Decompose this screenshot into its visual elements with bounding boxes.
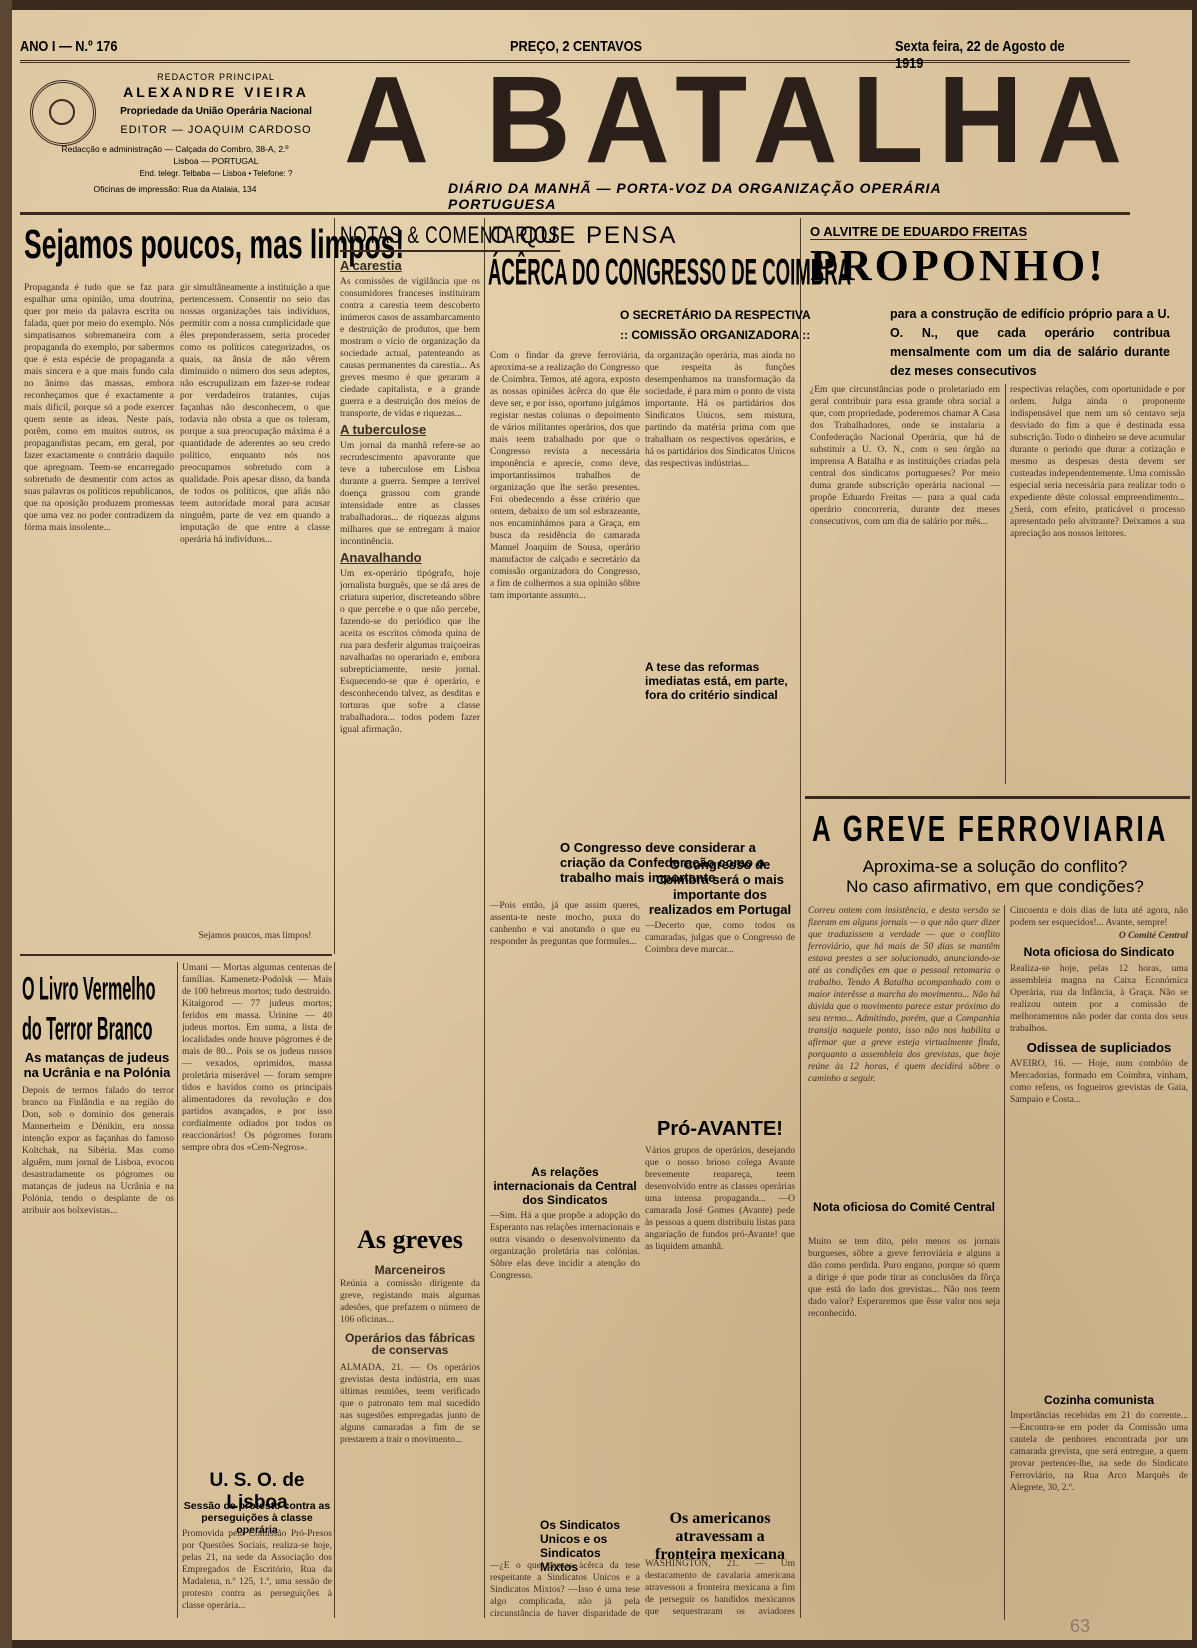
- page-number: 63: [1070, 1616, 1090, 1637]
- text-marceneiros: Reúnia a comissão dirigente da greve, re…: [340, 1279, 480, 1325]
- subhead-relacoes: As relações internacionais da Central do…: [490, 1165, 640, 1207]
- headline-as-greves: As greves: [340, 1225, 480, 1255]
- headline-sejamos: Sejamos poucos, mas limpos!: [24, 222, 266, 269]
- headline-pro-avante: Pró-AVANTE!: [645, 1118, 795, 1141]
- uon-seal-icon: [30, 80, 96, 146]
- column-divider: [177, 962, 178, 1618]
- column-divider: [800, 218, 801, 1618]
- deck-matancas: As matanças de judeus na Ucrânia e na Po…: [22, 1050, 172, 1080]
- article-sejamos-col2: gir simultâneamente a instituição a que …: [180, 282, 330, 922]
- redactor-name: ALEXANDRE VIEIRA: [112, 84, 320, 100]
- text-conservas: ALMADA, 21. — Os operários grevistas des…: [340, 1363, 480, 1445]
- masthead-rule: [20, 212, 1130, 215]
- section-rule: [20, 954, 332, 956]
- text-sindicatos: —¿E o que pensas àcêrca da tese respeita…: [490, 1560, 640, 1620]
- article-sejamos-closing: Sejamos poucos, mas limpos!: [180, 930, 330, 942]
- issue-number: ANO I — N.º 176: [20, 38, 117, 55]
- editor: EDITOR — JOAQUIM CARDOSO: [112, 124, 320, 136]
- text-uso: Promovida pela Comissão Pró-Presos por Q…: [182, 1528, 332, 1620]
- deck-greve-2: No caso afirmativo, em que condições?: [805, 877, 1185, 897]
- text-confederacao: —Pois então, já que assim queres, assent…: [490, 900, 640, 1110]
- text-sindicato: Realiza-se hoje, pelas 12 horas, uma ass…: [1010, 963, 1188, 1033]
- subhead-conservas: Operários das fábricas de conservas: [340, 1332, 480, 1356]
- column-divider: [1004, 905, 1005, 1620]
- oquepensa-col1: Com o findar da greve ferroviária, aprox…: [490, 350, 640, 810]
- masthead-info: REDACTOR PRINCIPAL ALEXANDRE VIEIRA Prop…: [20, 72, 320, 207]
- text-relacoes: —Sim. Há a que propõe a adopção do Esper…: [490, 1210, 640, 1490]
- newspaper-subtitle: DIÁRIO DA MANHÃ — PORTA-VOZ DA ORGANIZAÇ…: [448, 180, 1008, 212]
- headline-livro-vermelho: O Livro Vermelho do Terror Branco: [22, 968, 171, 1048]
- subhead-marceneiros: Marceneiros: [340, 1264, 480, 1276]
- text-americanos: WASHINGTON, 21. — Um destacamento de cav…: [645, 1558, 795, 1618]
- binding-edge: [0, 0, 12, 1648]
- asgreves-column: Marceneiros Reúnia a comissão dirigente …: [340, 1262, 480, 1622]
- subhead-cozinha: Cozinha comunista: [1010, 1393, 1188, 1407]
- proponho-col1: ¿Em que circunstâncias pode o proletaria…: [810, 384, 1000, 784]
- deck-comissao: :: COMISSÃO ORGANIZADORA ::: [620, 328, 810, 342]
- section-rule: [805, 796, 1190, 799]
- column-divider: [334, 218, 335, 954]
- livro-col1: Depois de termos falado do terror branco…: [22, 1085, 174, 1620]
- kicker-proponho: O ALVITRE DE EDUARDO FREITAS: [810, 224, 1027, 240]
- subhead-sindicato: Nota oficiosa do Sindicato: [1010, 945, 1188, 959]
- subhead-tuberculose: A tuberculose: [340, 424, 480, 436]
- signature-comite: O Comité Central: [1010, 930, 1188, 942]
- proponho-col2: respectivas relações, com oportunidade e…: [1010, 384, 1185, 784]
- subhead-comite: Nota oficiosa do Comité Central: [808, 1200, 1000, 1214]
- subhead-carestia: A carestia: [340, 260, 480, 272]
- column-divider: [334, 962, 335, 1618]
- headline-greve: A GREVE FERROVIARIA: [812, 808, 1168, 850]
- subhead-reformas: A tese das reformas imediatas está, em p…: [645, 660, 795, 702]
- text-comite: Muito se tem dito, pelo menos os jornais…: [808, 1236, 1000, 1621]
- address: Redacção e administração — Calçada do Co…: [30, 144, 320, 154]
- livro-col2: Umani — Mortas algumas centenas de famíl…: [182, 962, 332, 1467]
- headline-proponho: PROPONHO!: [810, 240, 1106, 291]
- subhead-congresso-importante: O Congresso de Coimbra será o mais impor…: [645, 857, 795, 917]
- text-anavalhando: Um ex-operário tipógrafo, hoje jornalist…: [340, 569, 480, 735]
- headline-congresso: ÁCÊRCA DO CONGRESSO DE COIMBRA: [488, 252, 851, 295]
- headline-americanos: Os americanos atravessam a fronteira mex…: [645, 1510, 795, 1564]
- redactor-label: REDACTOR PRINCIPAL: [112, 72, 320, 82]
- greve-intro: Cincoenta e dois dias de luta até agora,…: [1010, 905, 1188, 929]
- telegraph: End. telegr. Telbaba — Lisboa • Telefone…: [112, 169, 320, 178]
- deck-proponho: para a construção de edifício próprio pa…: [890, 305, 1170, 381]
- subhead-odissea: Odissea de supliciados: [1010, 1040, 1188, 1055]
- city: Lisboa — PORTUGAL: [112, 156, 320, 166]
- printing-address: Oficinas de impressão: Rua da Atalaia, 1…: [30, 184, 320, 194]
- column-divider: [484, 218, 485, 1618]
- text-pro-avante: Vários grupos de operários, desejando qu…: [645, 1145, 795, 1490]
- subhead-anavalhando: Anavalhando: [340, 552, 480, 564]
- text-tuberculose: Um jornal da manhã refere-se ao recrudes…: [340, 441, 480, 547]
- greve-col1: Correu ontem com insistência, e desta ve…: [808, 905, 1000, 1195]
- notas-column: A carestia As comissões de vigilância qu…: [340, 256, 480, 956]
- column-divider: [1005, 384, 1006, 784]
- text-carestia: As comissões de vigilância que os consum…: [340, 277, 480, 419]
- deck-secretario: O SECRETÁRIO DA RESPECTIVA: [620, 308, 811, 322]
- ownership: Propriedade da União Operária Nacional: [112, 106, 320, 117]
- oquepensa-col2: da organização operária, mas ainda no qu…: [645, 350, 795, 650]
- newspaper-title: A BATALHA: [340, 57, 1140, 183]
- text-cozinha: Importâncias recebidas em 21 do corrente…: [1010, 1410, 1188, 1620]
- article-sejamos-col1: Propaganda é tudo que se faz para espalh…: [24, 282, 174, 947]
- deck-greve-1: Aproxima-se a solução do conflito?: [805, 857, 1185, 877]
- text-odissea: AVEIRO, 16. — Hoje, num combóio de Merca…: [1010, 1058, 1188, 1388]
- kicker-oquepensa: O QUE PENSA: [490, 222, 677, 250]
- text-congresso-importante: —Decerto que, como todos os camaradas, j…: [645, 920, 795, 1110]
